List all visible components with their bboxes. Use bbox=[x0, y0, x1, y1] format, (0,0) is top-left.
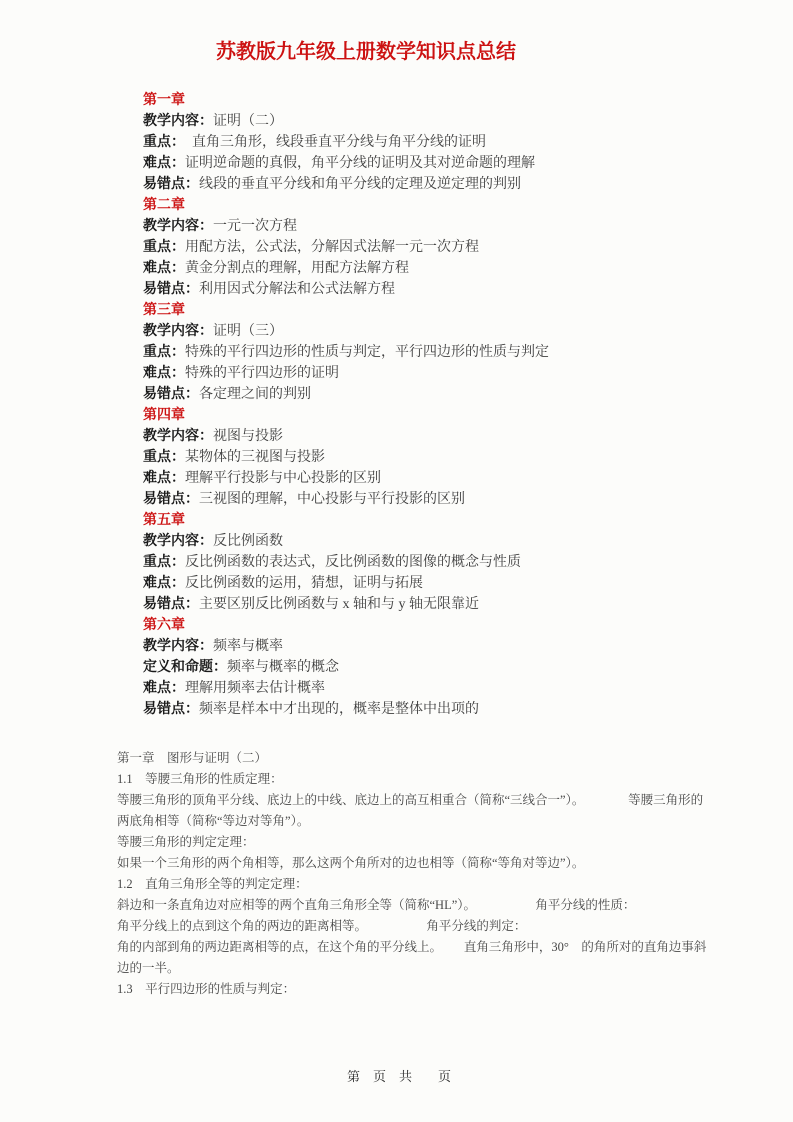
item-text: 线段的垂直平分线和角平分线的定理及逆定理的判别 bbox=[199, 177, 521, 192]
item-label: 易错点： bbox=[143, 700, 199, 716]
detail-section: 第一章 图形与证明（二） 1.1 等腰三角形的性质定理： 等腰三角形的顶角平分线… bbox=[117, 748, 757, 1000]
item-label: 重点： bbox=[143, 553, 185, 569]
item-text: 理解用频率去估计概率 bbox=[185, 681, 325, 696]
chapter-2-heading: 第二章 bbox=[143, 194, 723, 215]
item-text: 某物体的三视图与投影 bbox=[185, 450, 325, 465]
summary-line: 重点：特殊的平行四边形的性质与判定，平行四边形的性质与判定 bbox=[143, 341, 723, 362]
chapter-1-heading: 第一章 bbox=[143, 89, 723, 110]
summary-line: 教学内容：反比例函数 bbox=[143, 530, 723, 551]
item-label: 重点： bbox=[143, 238, 185, 254]
item-label: 难点： bbox=[143, 364, 185, 380]
summary-line: 难点：理解用频率去估计概率 bbox=[143, 677, 723, 698]
summary-line: 重点：某物体的三视图与投影 bbox=[143, 446, 723, 467]
item-label: 难点： bbox=[143, 574, 185, 590]
detail-line: 等腰三角形的判定定理： bbox=[117, 832, 757, 853]
detail-line: 两底角相等（简称“等边对等角”）。 bbox=[117, 811, 757, 832]
summary-line: 难点：黄金分割点的理解，用配方法解方程 bbox=[143, 257, 723, 278]
item-label: 难点： bbox=[143, 679, 185, 695]
detail-line: 1.2 直角三角形全等的判定定理： bbox=[117, 874, 757, 895]
summary-line: 难点：证明逆命题的真假，角平分线的证明及其对逆命题的理解 bbox=[143, 152, 723, 173]
item-text: 反比例函数 bbox=[213, 534, 283, 549]
detail-line: 斜边和一条直角边对应相等的两个直角三角形全等（简称“HL”）。 角平分线的性质： bbox=[117, 895, 757, 916]
detail-line: 角的内部到角的两边距离相等的点，在这个角的平分线上。 直角三角形中，30° 的角… bbox=[117, 937, 757, 958]
item-label: 重点： bbox=[143, 343, 185, 359]
summary-line: 易错点：线段的垂直平分线和角平分线的定理及逆定理的判别 bbox=[143, 173, 723, 194]
chapter-4-heading: 第四章 bbox=[143, 404, 723, 425]
item-label: 教学内容： bbox=[143, 637, 213, 653]
detail-line: 1.3 平行四边形的性质与判定： bbox=[117, 979, 757, 1000]
item-text: 各定理之间的判别 bbox=[199, 387, 311, 402]
item-label: 教学内容： bbox=[143, 322, 213, 338]
item-text: 证明逆命题的真假，角平分线的证明及其对逆命题的理解 bbox=[185, 156, 535, 171]
item-label: 教学内容： bbox=[143, 112, 213, 128]
item-text: 特殊的平行四边形的性质与判定，平行四边形的性质与判定 bbox=[185, 345, 549, 360]
summary-line: 重点：用配方法，公式法，分解因式法解一元一次方程 bbox=[143, 236, 723, 257]
item-text: 频率是样本中才出现的，概率是整体中出项的 bbox=[199, 702, 479, 717]
chapter-summary-section: 第一章 教学内容：证明（二） 重点： 直角三角形，线段垂直平分线与角平分线的证明… bbox=[143, 89, 723, 719]
summary-line: 易错点：频率是样本中才出现的，概率是整体中出项的 bbox=[143, 698, 723, 719]
item-text: 特殊的平行四边形的证明 bbox=[185, 366, 339, 381]
summary-line: 重点：反比例函数的表达式，反比例函数的图像的概念与性质 bbox=[143, 551, 723, 572]
item-text: 频率与概率 bbox=[213, 639, 283, 654]
item-label: 教学内容： bbox=[143, 532, 213, 548]
item-text: 黄金分割点的理解，用配方法解方程 bbox=[185, 261, 409, 276]
item-text: 主要区别反比例函数与 x 轴和与 y 轴无限靠近 bbox=[199, 597, 479, 612]
chapter-3-heading: 第三章 bbox=[143, 299, 723, 320]
item-label: 教学内容： bbox=[143, 427, 213, 443]
item-text: 理解平行投影与中心投影的区别 bbox=[185, 471, 381, 486]
item-label: 重点： bbox=[143, 133, 178, 149]
summary-line: 重点： 直角三角形，线段垂直平分线与角平分线的证明 bbox=[143, 131, 723, 152]
detail-line: 边的一半。 bbox=[117, 958, 757, 979]
detail-line: 角平分线上的点到这个角的两边的距离相等。 角平分线的判定： bbox=[117, 916, 757, 937]
item-text: 频率与概率的概念 bbox=[227, 660, 339, 675]
chapter-5-heading: 第五章 bbox=[143, 509, 723, 530]
item-label: 重点： bbox=[143, 448, 185, 464]
summary-line: 易错点：利用因式分解法和公式法解方程 bbox=[143, 278, 723, 299]
item-text: 视图与投影 bbox=[213, 429, 283, 444]
item-text: 证明（三） bbox=[213, 324, 283, 339]
item-label: 教学内容： bbox=[143, 217, 213, 233]
summary-line: 教学内容：证明（二） bbox=[143, 110, 723, 131]
page-title: 苏教版九年级上册数学知识点总结 bbox=[216, 38, 516, 66]
summary-line: 难点：特殊的平行四边形的证明 bbox=[143, 362, 723, 383]
item-label: 易错点： bbox=[143, 490, 199, 506]
item-text: 三视图的理解，中心投影与平行投影的区别 bbox=[199, 492, 465, 507]
item-text: 利用因式分解法和公式法解方程 bbox=[199, 282, 395, 297]
summary-line: 易错点：各定理之间的判别 bbox=[143, 383, 723, 404]
item-text: 反比例函数的表达式，反比例函数的图像的概念与性质 bbox=[185, 555, 521, 570]
item-text: 用配方法，公式法，分解因式法解一元一次方程 bbox=[185, 240, 479, 255]
item-label: 易错点： bbox=[143, 385, 199, 401]
summary-line: 教学内容：证明（三） bbox=[143, 320, 723, 341]
detail-line: 等腰三角形的顶角平分线、底边上的中线、底边上的高互相重合（简称“三线合一”）。 … bbox=[117, 790, 757, 811]
item-label: 难点： bbox=[143, 469, 185, 485]
item-label: 难点： bbox=[143, 154, 185, 170]
item-text: 直角三角形，线段垂直平分线与角平分线的证明 bbox=[178, 135, 486, 150]
detail-section-heading: 第一章 图形与证明（二） bbox=[117, 748, 757, 769]
summary-line: 教学内容：视图与投影 bbox=[143, 425, 723, 446]
item-label: 易错点： bbox=[143, 595, 199, 611]
summary-line: 易错点：三视图的理解，中心投影与平行投影的区别 bbox=[143, 488, 723, 509]
item-label: 易错点： bbox=[143, 175, 199, 191]
item-label: 易错点： bbox=[143, 280, 199, 296]
document-page: 苏教版九年级上册数学知识点总结 第一章 教学内容：证明（二） 重点： 直角三角形… bbox=[0, 0, 793, 1122]
item-label: 定义和命题： bbox=[143, 658, 227, 674]
summary-line: 教学内容：频率与概率 bbox=[143, 635, 723, 656]
item-text: 反比例函数的运用，猜想，证明与拓展 bbox=[185, 576, 423, 591]
detail-line: 1.1 等腰三角形的性质定理： bbox=[117, 769, 757, 790]
summary-line: 易错点：主要区别反比例函数与 x 轴和与 y 轴无限靠近 bbox=[143, 593, 723, 614]
summary-line: 定义和命题：频率与概率的概念 bbox=[143, 656, 723, 677]
page-footer: 第 页 共 页 bbox=[347, 1068, 451, 1086]
chapter-6-heading: 第六章 bbox=[143, 614, 723, 635]
detail-line: 如果一个三角形的两个角相等，那么这两个角所对的边也相等（简称“等角对等边”）。 bbox=[117, 853, 757, 874]
summary-line: 难点：反比例函数的运用，猜想，证明与拓展 bbox=[143, 572, 723, 593]
summary-line: 难点：理解平行投影与中心投影的区别 bbox=[143, 467, 723, 488]
item-text: 一元一次方程 bbox=[213, 219, 297, 234]
item-label: 难点： bbox=[143, 259, 185, 275]
summary-line: 教学内容：一元一次方程 bbox=[143, 215, 723, 236]
item-text: 证明（二） bbox=[213, 114, 283, 129]
